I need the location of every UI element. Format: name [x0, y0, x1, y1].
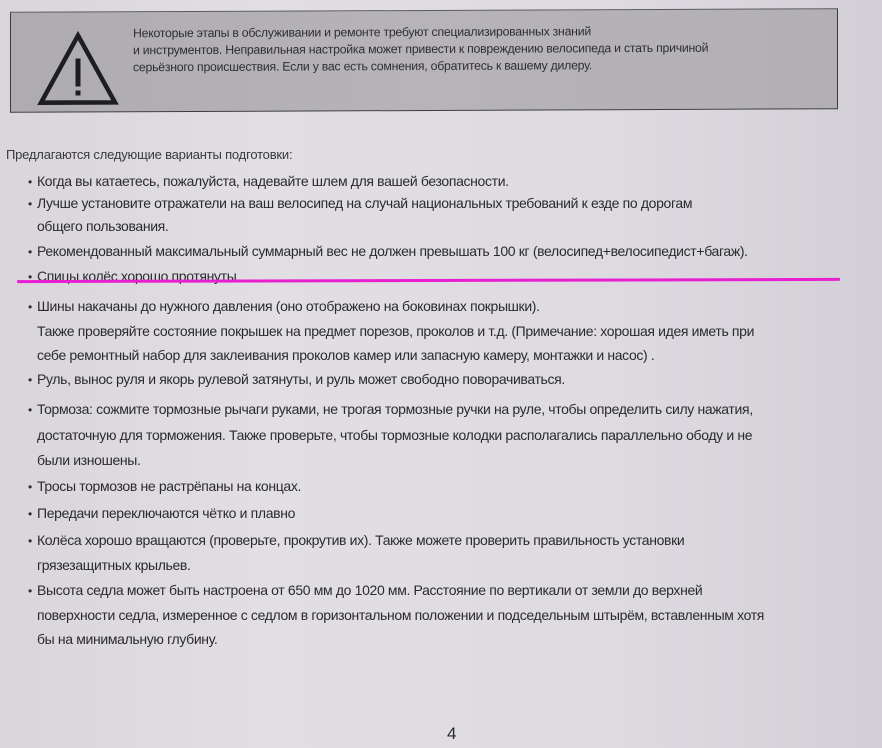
bullet-icon: • — [28, 476, 37, 498]
list-item-line: •Лучше установите отражатели на ваш вело… — [28, 192, 692, 215]
list-item-line: •Тормоза: сожмите тормозные рычаги рукам… — [28, 397, 753, 423]
list-item-text: Тормоза: сожмите тормозные рычаги руками… — [37, 401, 753, 417]
list-item-text: Когда вы катаетесь, пожалуйста, надевайт… — [37, 173, 509, 189]
bullet-icon: • — [28, 369, 37, 391]
warning-triangle-icon — [35, 30, 121, 108]
manual-page: Некоторые этапы в обслуживании и ремонте… — [0, 0, 882, 748]
list-item: •Лучше установите отражатели на ваш вело… — [28, 192, 692, 237]
list-item-text: Колёса хорошо вращаются (проверьте, прок… — [37, 532, 684, 548]
intro-text: Предлагаются следующие варианты подготов… — [6, 147, 292, 162]
bullet-icon: • — [28, 503, 37, 525]
list-item-text: Лучше установите отражатели на ваш велос… — [37, 195, 692, 211]
bullet-icon: • — [28, 529, 37, 553]
list-item-text: себе ремонтный набор для заклеивания про… — [37, 347, 654, 363]
list-item: •Высота седла может быть настроена от 65… — [28, 578, 764, 651]
list-item-text: достаточную для торможения. Также провер… — [37, 427, 752, 443]
list-item: •Руль, вынос руля и якорь рулевой затяну… — [28, 368, 565, 391]
list-item-line: общего пользования. — [28, 215, 692, 237]
list-item-line: Также проверяйте состояние покрышек на п… — [28, 319, 754, 343]
list-item: •Рекомендованный максимальный суммарный … — [28, 240, 748, 263]
list-item-text: Также проверяйте состояние покрышек на п… — [37, 323, 754, 339]
list-item-line: •Рекомендованный максимальный суммарный … — [28, 240, 748, 263]
list-item: •Спицы колёс хорошо протянуты. — [28, 265, 240, 288]
list-item-text: Тросы тормозов не растрёпаны на концах. — [37, 478, 301, 494]
bullet-icon: • — [28, 171, 37, 193]
bullet-icon: • — [28, 295, 37, 319]
list-item-text: поверхности седла, измеренное с седлом в… — [37, 607, 764, 623]
list-item-text: Рекомендованный максимальный суммарный в… — [37, 243, 748, 259]
warning-box: Некоторые этапы в обслуживании и ремонте… — [10, 8, 838, 113]
list-item-line: •Когда вы катаетесь, пожалуйста, надевай… — [28, 170, 509, 193]
list-item-line: •Колёса хорошо вращаются (проверьте, про… — [28, 528, 684, 553]
list-item: •Тросы тормозов не растрёпаны на концах. — [28, 475, 301, 498]
list-item-text: были изношены. — [37, 452, 141, 468]
list-item-text: Передачи переключаются чётко и плавно — [37, 505, 295, 521]
list-item-line: бы на минимальную глубину. — [28, 627, 764, 651]
bullet-icon: • — [28, 193, 37, 215]
list-item: •Передачи переключаются чётко и плавно — [28, 502, 295, 525]
bullet-icon: • — [28, 266, 37, 288]
list-item-text: Высота седла может быть настроена от 650… — [37, 582, 702, 598]
list-item-line: •Высота седла может быть настроена от 65… — [28, 578, 764, 603]
list-item-line: были изношены. — [28, 448, 753, 473]
list-item: •Когда вы катаетесь, пожалуйста, надевай… — [28, 170, 509, 193]
warning-text: Некоторые этапы в обслуживании и ремонте… — [133, 22, 843, 76]
list-item-line: •Спицы колёс хорошо протянуты. — [28, 265, 240, 288]
list-item-line: •Передачи переключаются чётко и плавно — [28, 502, 295, 525]
list-item-text: общего пользования. — [37, 218, 168, 234]
list-item-line: грязезащитных крыльев. — [28, 553, 684, 577]
list-item-line: •Шины накачаны до нужного давления (оно … — [28, 294, 754, 319]
warning-line: серьёзного происшествия. Если у вас есть… — [133, 56, 843, 76]
list-item: •Шины накачаны до нужного давления (оно … — [28, 294, 754, 367]
list-item-line: •Руль, вынос руля и якорь рулевой затяну… — [28, 368, 565, 391]
list-item-line: •Тросы тормозов не растрёпаны на концах. — [28, 475, 301, 498]
bullet-icon: • — [28, 241, 37, 263]
list-item-text: грязезащитных крыльев. — [37, 557, 191, 573]
list-item: •Тормоза: сожмите тормозные рычаги рукам… — [28, 397, 753, 473]
list-item-line: поверхности седла, измеренное с седлом в… — [28, 603, 764, 627]
list-item-text: бы на минимальную глубину. — [37, 631, 217, 647]
list-item-line: достаточную для торможения. Также провер… — [28, 423, 753, 448]
bullet-icon: • — [28, 398, 37, 423]
list-item: •Колёса хорошо вращаются (проверьте, про… — [28, 528, 684, 577]
list-item-text: Шины накачаны до нужного давления (оно о… — [37, 298, 540, 314]
list-item-text: Руль, вынос руля и якорь рулевой затянут… — [37, 371, 565, 387]
bullet-icon: • — [28, 579, 37, 603]
page-number: 4 — [447, 724, 456, 744]
list-item-line: себе ремонтный набор для заклеивания про… — [28, 343, 754, 367]
